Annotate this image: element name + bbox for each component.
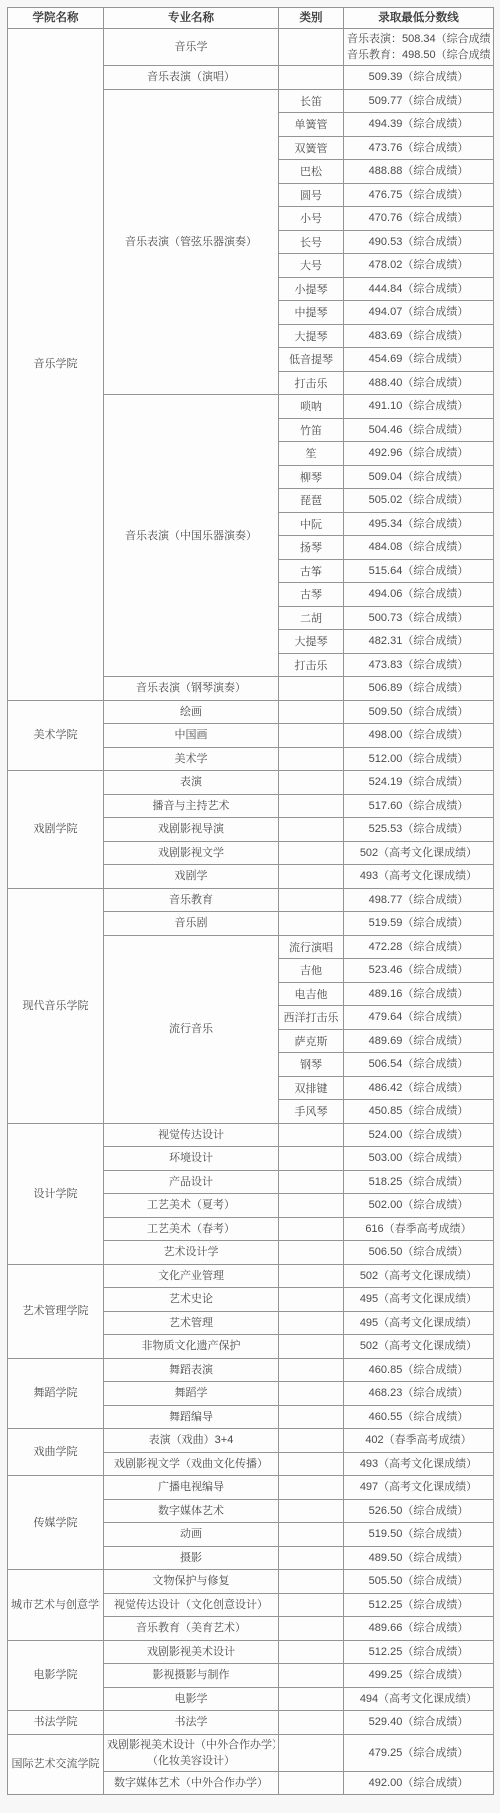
category-cell xyxy=(279,1499,344,1523)
score-cell: 483.69（综合成绩） xyxy=(344,324,494,348)
major-cell: 戏剧影视美术设计 xyxy=(104,1640,279,1664)
major-name-line: 戏剧影视文学（戏曲文化传播） xyxy=(107,1456,275,1472)
category-cell xyxy=(279,1476,344,1500)
category-cell: 二胡 xyxy=(279,606,344,630)
category-cell xyxy=(279,1771,344,1795)
score-line: 482.31（综合成绩） xyxy=(347,633,490,649)
score-line: 498.00（综合成绩） xyxy=(347,727,490,743)
column-header-college-name: 学院名称 xyxy=(8,8,104,29)
score-cell: 506.50（综合成绩） xyxy=(344,1241,494,1265)
column-header-category: 类别 xyxy=(279,8,344,29)
category-cell: 小号 xyxy=(279,207,344,231)
score-cell: 517.60（综合成绩） xyxy=(344,794,494,818)
score-cell: 497（高考文化课成绩） xyxy=(344,1476,494,1500)
score-cell: 512.25（综合成绩） xyxy=(344,1640,494,1664)
score-cell: 524.19（综合成绩） xyxy=(344,771,494,795)
score-cell: 505.02（综合成绩） xyxy=(344,489,494,513)
major-name-line: 艺术史论 xyxy=(107,1291,275,1307)
score-line: 476.75（综合成绩） xyxy=(347,187,490,203)
score-line: 472.28（综合成绩） xyxy=(347,939,490,955)
major-name-line: （化妆美容设计） xyxy=(107,1753,275,1769)
category-cell xyxy=(279,1664,344,1688)
score-cell: 473.83（综合成绩） xyxy=(344,653,494,677)
category-cell xyxy=(279,1382,344,1406)
table-row: 国际艺术交流学院戏剧影视美术设计（中外合作办学）（化妆美容设计）479.25（综… xyxy=(8,1734,494,1771)
category-cell: 大号 xyxy=(279,254,344,278)
category-cell xyxy=(279,1570,344,1594)
major-name-line: 数字媒体艺术（中外合作办学） xyxy=(107,1775,275,1791)
major-name-line: 音乐剧 xyxy=(107,915,275,931)
score-cell: 494.06（综合成绩） xyxy=(344,583,494,607)
major-name-line: 戏剧影视美术设计 xyxy=(107,1644,275,1660)
major-cell: 戏剧学 xyxy=(104,865,279,889)
score-line: 494.39（综合成绩） xyxy=(347,116,490,132)
major-cell: 戏剧影视文学（戏曲文化传播） xyxy=(104,1452,279,1476)
score-line: 503.00（综合成绩） xyxy=(347,1150,490,1166)
category-cell xyxy=(279,1429,344,1453)
category-cell xyxy=(279,1358,344,1382)
score-line: 音乐表演：508.34（综合成绩） xyxy=(347,31,490,47)
score-line: 495（高考文化课成绩） xyxy=(347,1315,490,1331)
table-row: 音乐学院音乐学音乐表演：508.34（综合成绩）音乐教育：498.50（综合成绩… xyxy=(8,29,494,66)
score-cell: 515.64（综合成绩） xyxy=(344,559,494,583)
score-line: 505.50（综合成绩） xyxy=(347,1573,490,1589)
category-cell: 钢琴 xyxy=(279,1053,344,1077)
major-name-line: 舞蹈学 xyxy=(107,1385,275,1401)
score-cell: 479.64（综合成绩） xyxy=(344,1006,494,1030)
score-line: 483.69（综合成绩） xyxy=(347,328,490,344)
major-name-line: 播音与主持艺术 xyxy=(107,798,275,814)
category-cell xyxy=(279,912,344,936)
category-cell: 双簧管 xyxy=(279,136,344,160)
category-cell: 古筝 xyxy=(279,559,344,583)
major-name-line: 文物保护与修复 xyxy=(107,1573,275,1589)
score-cell: 489.69（综合成绩） xyxy=(344,1029,494,1053)
college-name: 设计学院 xyxy=(11,1186,100,1202)
category-cell: 双排键 xyxy=(279,1076,344,1100)
major-cell: 视觉传达设计（文化创意设计） xyxy=(104,1593,279,1617)
major-cell: 流行音乐 xyxy=(104,935,279,1123)
score-cell: 525.53（综合成绩） xyxy=(344,818,494,842)
major-cell: 音乐教育（美育艺术） xyxy=(104,1617,279,1641)
score-line: 484.08（综合成绩） xyxy=(347,539,490,555)
major-name-line: 戏剧影视文学 xyxy=(107,845,275,861)
score-cell: 503.00（综合成绩） xyxy=(344,1147,494,1171)
category-cell xyxy=(279,1640,344,1664)
major-cell: 音乐表演（演唱） xyxy=(104,66,279,90)
major-cell: 艺术设计学 xyxy=(104,1241,279,1265)
score-cell: 505.50（综合成绩） xyxy=(344,1570,494,1594)
major-cell: 音乐表演（中国乐器演奏） xyxy=(104,395,279,677)
major-cell: 艺术管理 xyxy=(104,1311,279,1335)
major-name-line: 广播电视编导 xyxy=(107,1479,275,1495)
major-cell: 视觉传达设计 xyxy=(104,1123,279,1147)
category-cell xyxy=(279,1147,344,1171)
score-line: 509.04（综合成绩） xyxy=(347,469,490,485)
category-cell xyxy=(279,1194,344,1218)
score-cell: 460.55（综合成绩） xyxy=(344,1405,494,1429)
category-cell: 吉他 xyxy=(279,959,344,983)
score-line: 512.00（综合成绩） xyxy=(347,751,490,767)
major-cell: 动画 xyxy=(104,1523,279,1547)
major-name-line: 戏剧学 xyxy=(107,868,275,884)
column-header-major-name: 专业名称 xyxy=(104,8,279,29)
category-cell xyxy=(279,1311,344,1335)
category-cell: 大提琴 xyxy=(279,630,344,654)
score-cell: 444.84（综合成绩） xyxy=(344,277,494,301)
major-name-line: 动画 xyxy=(107,1526,275,1542)
major-name-line: 表演 xyxy=(107,774,275,790)
score-cell: 519.50（综合成绩） xyxy=(344,1523,494,1547)
table-row: 艺术管理学院文化产业管理502（高考文化课成绩） xyxy=(8,1264,494,1288)
category-cell: 扬琴 xyxy=(279,536,344,560)
score-cell: 523.46（综合成绩） xyxy=(344,959,494,983)
major-cell: 文化产业管理 xyxy=(104,1264,279,1288)
category-cell xyxy=(279,1617,344,1641)
major-name-line: 工艺美术（夏考） xyxy=(107,1197,275,1213)
major-name-line: 工艺美术（春考） xyxy=(107,1221,275,1237)
major-cell: 艺术史论 xyxy=(104,1288,279,1312)
major-cell: 音乐学 xyxy=(104,29,279,66)
major-cell: 音乐教育 xyxy=(104,888,279,912)
score-cell: 499.25（综合成绩） xyxy=(344,1664,494,1688)
score-cell: 484.08（综合成绩） xyxy=(344,536,494,560)
major-name-line: 产品设计 xyxy=(107,1174,275,1190)
category-cell: 柳琴 xyxy=(279,465,344,489)
table-row: 舞蹈学院舞蹈表演460.85（综合成绩） xyxy=(8,1358,494,1382)
college-cell: 戏曲学院 xyxy=(8,1429,104,1476)
major-cell: 摄影 xyxy=(104,1546,279,1570)
score-cell: 512.25（综合成绩） xyxy=(344,1593,494,1617)
college-name: 传媒学院 xyxy=(11,1515,100,1531)
score-line: 502（高考文化课成绩） xyxy=(347,845,490,861)
score-cell: 494（高考文化课成绩） xyxy=(344,1687,494,1711)
college-cell: 艺术管理学院 xyxy=(8,1264,104,1358)
college-name: 国际艺术交流学院 xyxy=(11,1756,100,1772)
score-cell: 502（高考文化课成绩） xyxy=(344,1335,494,1359)
score-line: 523.46（综合成绩） xyxy=(347,962,490,978)
category-cell xyxy=(279,794,344,818)
major-name-line: 电影学 xyxy=(107,1691,275,1707)
score-line: 509.39（综合成绩） xyxy=(347,69,490,85)
score-cell: 495（高考文化课成绩） xyxy=(344,1288,494,1312)
score-line: 468.23（综合成绩） xyxy=(347,1385,490,1401)
category-cell: 古琴 xyxy=(279,583,344,607)
score-cell: 524.00（综合成绩） xyxy=(344,1123,494,1147)
category-cell: 单簧管 xyxy=(279,113,344,137)
category-cell xyxy=(279,66,344,90)
category-cell: 中提琴 xyxy=(279,301,344,325)
score-line: 478.02（综合成绩） xyxy=(347,257,490,273)
score-line: 505.02（综合成绩） xyxy=(347,492,490,508)
score-cell: 506.89（综合成绩） xyxy=(344,677,494,701)
score-cell: 489.16（综合成绩） xyxy=(344,982,494,1006)
score-cell: 493（高考文化课成绩） xyxy=(344,865,494,889)
score-cell: 493（高考文化课成绩） xyxy=(344,1452,494,1476)
score-line: 489.16（综合成绩） xyxy=(347,986,490,1002)
category-cell xyxy=(279,1288,344,1312)
score-cell: 音乐表演：508.34（综合成绩）音乐教育：498.50（综合成绩） xyxy=(344,29,494,66)
category-cell: 手风琴 xyxy=(279,1100,344,1124)
category-cell: 巴松 xyxy=(279,160,344,184)
table-row: 城市艺术与创意学院文物保护与修复505.50（综合成绩） xyxy=(8,1570,494,1594)
college-name: 戏剧学院 xyxy=(11,821,100,837)
category-cell xyxy=(279,1593,344,1617)
table-row: 传媒学院广播电视编导497（高考文化课成绩） xyxy=(8,1476,494,1500)
score-cell: 468.23（综合成绩） xyxy=(344,1382,494,1406)
category-cell: 中阮 xyxy=(279,512,344,536)
score-line: 616（春季高考成绩） xyxy=(347,1221,490,1237)
score-cell: 509.04（综合成绩） xyxy=(344,465,494,489)
category-cell xyxy=(279,677,344,701)
score-cell: 509.50（综合成绩） xyxy=(344,700,494,724)
table-header-row: 学院名称 专业名称 类别 录取最低分数线 xyxy=(8,8,494,29)
category-cell xyxy=(279,1687,344,1711)
category-cell xyxy=(279,771,344,795)
score-line: 529.40（综合成绩） xyxy=(347,1714,490,1730)
score-line: 494（高考文化课成绩） xyxy=(347,1691,490,1707)
score-cell: 489.66（综合成绩） xyxy=(344,1617,494,1641)
category-cell: 长号 xyxy=(279,230,344,254)
score-cell: 488.88（综合成绩） xyxy=(344,160,494,184)
table-row: 电影学院戏剧影视美术设计512.25（综合成绩） xyxy=(8,1640,494,1664)
major-name-line: 音乐表演（演唱） xyxy=(107,69,275,85)
score-line: 494.07（综合成绩） xyxy=(347,304,490,320)
score-line: 524.19（综合成绩） xyxy=(347,774,490,790)
page-background: 学院名称 专业名称 类别 录取最低分数线 音乐学院音乐学音乐表演：508.34（… xyxy=(0,0,500,1813)
category-cell: 竹笛 xyxy=(279,418,344,442)
major-cell: 工艺美术（春考） xyxy=(104,1217,279,1241)
category-cell: 打击乐 xyxy=(279,653,344,677)
score-line: 479.25（综合成绩） xyxy=(347,1745,490,1761)
score-line: 490.53（综合成绩） xyxy=(347,234,490,250)
score-line: 497（高考文化课成绩） xyxy=(347,1479,490,1495)
major-cell: 播音与主持艺术 xyxy=(104,794,279,818)
college-cell: 舞蹈学院 xyxy=(8,1358,104,1429)
category-cell: 大提琴 xyxy=(279,324,344,348)
table-row: 美术学院绘画509.50（综合成绩） xyxy=(8,700,494,724)
major-name-line: 视觉传达设计 xyxy=(107,1127,275,1143)
category-cell xyxy=(279,1217,344,1241)
score-line: 518.25（综合成绩） xyxy=(347,1174,490,1190)
major-cell: 书法学 xyxy=(104,1711,279,1735)
major-cell: 表演 xyxy=(104,771,279,795)
category-cell xyxy=(279,1546,344,1570)
score-line: 473.83（综合成绩） xyxy=(347,657,490,673)
major-name-line: 音乐学 xyxy=(107,39,275,55)
college-cell: 城市艺术与创意学院 xyxy=(8,1570,104,1641)
college-cell: 书法学院 xyxy=(8,1711,104,1735)
score-cell: 504.46（综合成绩） xyxy=(344,418,494,442)
score-line: 493（高考文化课成绩） xyxy=(347,1456,490,1472)
score-line: 488.40（综合成绩） xyxy=(347,375,490,391)
major-name-line: 影视摄影与制作 xyxy=(107,1667,275,1683)
college-name: 电影学院 xyxy=(11,1667,100,1683)
score-line: 489.50（综合成绩） xyxy=(347,1550,490,1566)
score-cell: 486.42（综合成绩） xyxy=(344,1076,494,1100)
category-cell xyxy=(279,1335,344,1359)
major-name-line: 音乐教育 xyxy=(107,892,275,908)
score-cell: 519.59（综合成绩） xyxy=(344,912,494,936)
score-cell: 502（高考文化课成绩） xyxy=(344,841,494,865)
score-cell: 506.54（综合成绩） xyxy=(344,1053,494,1077)
score-line: 479.64（综合成绩） xyxy=(347,1009,490,1025)
score-cell: 473.76（综合成绩） xyxy=(344,136,494,160)
score-line: 499.25（综合成绩） xyxy=(347,1667,490,1683)
score-cell: 498.00（综合成绩） xyxy=(344,724,494,748)
category-cell: 长笛 xyxy=(279,89,344,113)
score-line: 460.85（综合成绩） xyxy=(347,1362,490,1378)
score-cell: 488.40（综合成绩） xyxy=(344,371,494,395)
table-row: 现代音乐学院音乐教育498.77（综合成绩） xyxy=(8,888,494,912)
score-line: 498.77（综合成绩） xyxy=(347,892,490,908)
major-name-line: 音乐表演（管弦乐器演奏） xyxy=(107,234,275,250)
score-line: 519.59（综合成绩） xyxy=(347,915,490,931)
category-cell xyxy=(279,1241,344,1265)
score-line: 444.84（综合成绩） xyxy=(347,281,490,297)
major-name-line: 文化产业管理 xyxy=(107,1268,275,1284)
category-cell: 小提琴 xyxy=(279,277,344,301)
score-line: 506.50（综合成绩） xyxy=(347,1244,490,1260)
score-line: 509.50（综合成绩） xyxy=(347,704,490,720)
score-cell: 495.34（综合成绩） xyxy=(344,512,494,536)
major-name-line: 音乐表演（中国乐器演奏） xyxy=(107,528,275,544)
score-line: 音乐教育：498.50（综合成绩） xyxy=(347,47,490,63)
score-line: 500.73（综合成绩） xyxy=(347,610,490,626)
category-cell: 圆号 xyxy=(279,183,344,207)
score-line: 517.60（综合成绩） xyxy=(347,798,490,814)
category-cell xyxy=(279,1405,344,1429)
category-cell xyxy=(279,29,344,66)
major-cell: 音乐剧 xyxy=(104,912,279,936)
major-name-line: 绘画 xyxy=(107,704,275,720)
major-cell: 产品设计 xyxy=(104,1170,279,1194)
category-cell: 打击乐 xyxy=(279,371,344,395)
category-cell: 笙 xyxy=(279,442,344,466)
score-line: 492.96（综合成绩） xyxy=(347,445,490,461)
major-cell: 数字媒体艺术 xyxy=(104,1499,279,1523)
score-line: 512.25（综合成绩） xyxy=(347,1644,490,1660)
college-name: 舞蹈学院 xyxy=(11,1385,100,1401)
category-cell xyxy=(279,1523,344,1547)
score-cell: 490.53（综合成绩） xyxy=(344,230,494,254)
category-cell xyxy=(279,865,344,889)
college-cell: 国际艺术交流学院 xyxy=(8,1734,104,1795)
score-cell: 402（春季高考成绩） xyxy=(344,1429,494,1453)
score-cell: 476.75（综合成绩） xyxy=(344,183,494,207)
score-line: 512.25（综合成绩） xyxy=(347,1597,490,1613)
score-cell: 495（高考文化课成绩） xyxy=(344,1311,494,1335)
category-cell xyxy=(279,1734,344,1771)
score-cell: 526.50（综合成绩） xyxy=(344,1499,494,1523)
score-line: 506.89（综合成绩） xyxy=(347,680,490,696)
score-line: 502（高考文化课成绩） xyxy=(347,1268,490,1284)
major-name-line: 舞蹈表演 xyxy=(107,1362,275,1378)
category-cell xyxy=(279,747,344,771)
major-cell: 广播电视编导 xyxy=(104,1476,279,1500)
table-row: 书法学院书法学529.40（综合成绩） xyxy=(8,1711,494,1735)
score-cell: 509.77（综合成绩） xyxy=(344,89,494,113)
score-cell: 529.40（综合成绩） xyxy=(344,1711,494,1735)
score-cell: 479.25（综合成绩） xyxy=(344,1734,494,1771)
score-cell: 482.31（综合成绩） xyxy=(344,630,494,654)
score-cell: 491.10（综合成绩） xyxy=(344,395,494,419)
major-cell: 非物质文化遗产保护 xyxy=(104,1335,279,1359)
score-cell: 498.77（综合成绩） xyxy=(344,888,494,912)
major-cell: 舞蹈编导 xyxy=(104,1405,279,1429)
score-line: 509.77（综合成绩） xyxy=(347,93,490,109)
college-cell: 设计学院 xyxy=(8,1123,104,1264)
score-line: 489.66（综合成绩） xyxy=(347,1620,490,1636)
category-cell: 琵琶 xyxy=(279,489,344,513)
score-line: 450.85（综合成绩） xyxy=(347,1103,490,1119)
score-cell: 470.76（综合成绩） xyxy=(344,207,494,231)
category-cell: 唢呐 xyxy=(279,395,344,419)
college-cell: 传媒学院 xyxy=(8,1476,104,1570)
category-cell xyxy=(279,888,344,912)
score-line: 506.54（综合成绩） xyxy=(347,1056,490,1072)
college-name: 现代音乐学院 xyxy=(11,998,100,1014)
score-line: 502（高考文化课成绩） xyxy=(347,1338,490,1354)
major-name-line: 音乐教育（美育艺术） xyxy=(107,1620,275,1636)
score-cell: 489.50（综合成绩） xyxy=(344,1546,494,1570)
score-line: 519.50（综合成绩） xyxy=(347,1526,490,1542)
college-name: 美术学院 xyxy=(11,727,100,743)
score-line: 526.50（综合成绩） xyxy=(347,1503,490,1519)
major-name-line: 数字媒体艺术 xyxy=(107,1503,275,1519)
table-body: 音乐学院音乐学音乐表演：508.34（综合成绩）音乐教育：498.50（综合成绩… xyxy=(8,29,494,1795)
major-cell: 文物保护与修复 xyxy=(104,1570,279,1594)
major-cell: 戏剧影视美术设计（中外合作办学）（化妆美容设计） xyxy=(104,1734,279,1771)
score-line: 460.55（综合成绩） xyxy=(347,1409,490,1425)
major-cell: 表演（戏曲）3+4 xyxy=(104,1429,279,1453)
score-line: 454.69（综合成绩） xyxy=(347,351,490,367)
major-cell: 美术学 xyxy=(104,747,279,771)
score-line: 473.76（综合成绩） xyxy=(347,140,490,156)
category-cell xyxy=(279,841,344,865)
major-name-line: 非物质文化遗产保护 xyxy=(107,1338,275,1354)
major-name-line: 环境设计 xyxy=(107,1150,275,1166)
score-cell: 478.02（综合成绩） xyxy=(344,254,494,278)
score-line: 525.53（综合成绩） xyxy=(347,821,490,837)
category-cell xyxy=(279,724,344,748)
college-cell: 电影学院 xyxy=(8,1640,104,1711)
major-name-line: 摄影 xyxy=(107,1550,275,1566)
major-cell: 影视摄影与制作 xyxy=(104,1664,279,1688)
table-row: 戏曲学院表演（戏曲）3+4402（春季高考成绩） xyxy=(8,1429,494,1453)
category-cell xyxy=(279,1170,344,1194)
score-line: 486.42（综合成绩） xyxy=(347,1080,490,1096)
score-cell: 502（高考文化课成绩） xyxy=(344,1264,494,1288)
college-cell: 音乐学院 xyxy=(8,29,104,701)
major-cell: 音乐表演（管弦乐器演奏） xyxy=(104,89,279,395)
category-cell xyxy=(279,1711,344,1735)
score-line: 489.69（综合成绩） xyxy=(347,1033,490,1049)
major-cell: 数字媒体艺术（中外合作办学） xyxy=(104,1771,279,1795)
table-row: 戏剧学院表演524.19（综合成绩） xyxy=(8,771,494,795)
college-cell: 戏剧学院 xyxy=(8,771,104,889)
major-name-line: 艺术设计学 xyxy=(107,1244,275,1260)
major-cell: 电影学 xyxy=(104,1687,279,1711)
category-cell: 流行演唱 xyxy=(279,935,344,959)
major-name-line: 视觉传达设计（文化创意设计） xyxy=(107,1597,275,1613)
score-cell: 502.00（综合成绩） xyxy=(344,1194,494,1218)
category-cell xyxy=(279,1264,344,1288)
score-line: 493（高考文化课成绩） xyxy=(347,868,490,884)
major-cell: 绘画 xyxy=(104,700,279,724)
score-line: 515.64（综合成绩） xyxy=(347,563,490,579)
table-row: 设计学院视觉传达设计524.00（综合成绩） xyxy=(8,1123,494,1147)
